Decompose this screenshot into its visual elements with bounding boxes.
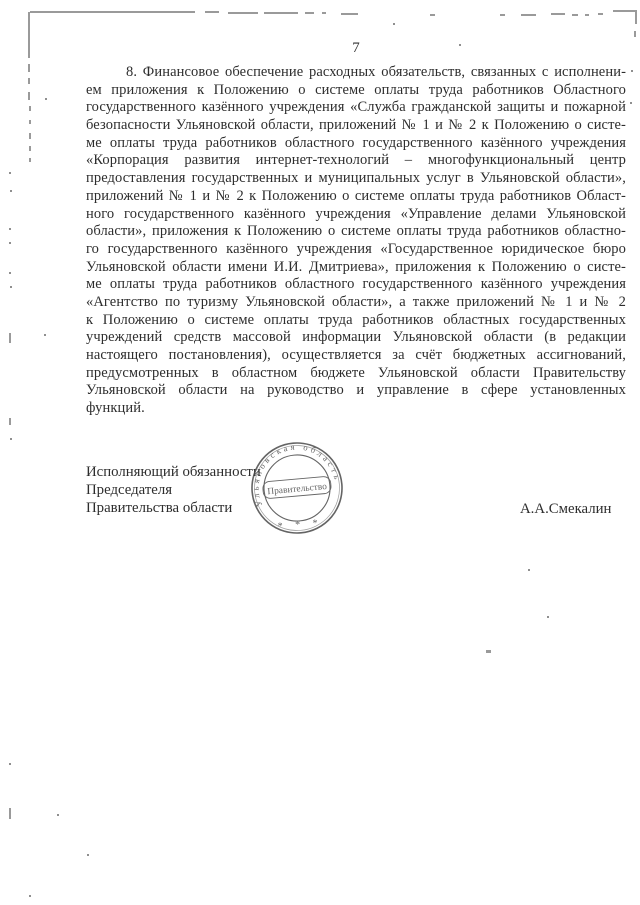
signatory-name: А.А.Смекалин <box>520 501 611 518</box>
scan-artifact <box>9 418 11 425</box>
scan-artifact <box>322 12 326 14</box>
paragraph-line: ем приложения к Положению о системе опла… <box>86 82 626 100</box>
scan-artifact <box>29 146 31 151</box>
scan-artifact <box>29 895 31 897</box>
paragraph-line: 8. Финансовое обеспечение расходных обяз… <box>86 64 626 82</box>
scan-artifact <box>28 64 30 72</box>
scan-artifact <box>634 31 636 37</box>
paragraph-line: «Агентство по туризму Ульяновской област… <box>86 294 626 312</box>
scan-artifact <box>29 120 31 124</box>
scan-artifact <box>9 808 11 819</box>
scan-artifact <box>551 13 565 15</box>
scan-artifact <box>459 44 461 46</box>
scan-artifact <box>44 334 46 336</box>
scan-artifact <box>29 106 31 111</box>
stamp-center-text: Правительство <box>267 482 328 497</box>
scan-artifact <box>10 190 12 192</box>
scan-artifact <box>228 12 258 14</box>
paragraph-line: учреждений средств массовой информации У… <box>86 329 626 347</box>
scan-artifact <box>29 158 31 162</box>
scan-artifact <box>28 12 30 58</box>
paragraph-line: области», приложения к Положению о систе… <box>86 223 626 241</box>
scan-artifact <box>28 92 30 100</box>
stamp-ring-text: Ульяновская область <box>247 438 345 509</box>
scan-artifact <box>9 242 11 244</box>
paragraph-line: безопасности Ульяновской области, прилож… <box>86 117 626 135</box>
scan-artifact <box>430 14 435 16</box>
paragraph-line: Ульяновской области на руководство и упр… <box>86 382 626 400</box>
scan-artifact <box>9 228 11 230</box>
scan-artifact <box>635 12 637 24</box>
body-paragraph: 8. Финансовое обеспечение расходных обяз… <box>86 64 626 418</box>
scan-artifact <box>29 133 31 139</box>
scan-artifact <box>9 272 11 274</box>
scan-artifact <box>10 286 12 288</box>
scan-artifact <box>585 14 589 16</box>
scan-artifact <box>528 569 530 571</box>
scan-artifact <box>393 23 395 25</box>
scan-artifact <box>205 11 219 13</box>
scan-artifact <box>57 814 59 816</box>
scanned-document-page: 7 8. Финансовое обеспечение расходных об… <box>0 0 640 905</box>
official-round-stamp: Ульяновская область Правительство * * * <box>229 420 366 557</box>
scan-artifact <box>264 12 298 14</box>
scan-artifact <box>572 14 578 16</box>
scan-artifact <box>30 11 195 13</box>
paragraph-line: ного государственного казённого учрежден… <box>86 206 626 224</box>
scan-artifact <box>305 12 314 14</box>
paragraph-line: ме оплаты труда работников областного го… <box>86 135 626 153</box>
stamp-bottom-marks: * * * <box>277 517 323 532</box>
paragraph-line: настоящего постановления), осуществляетс… <box>86 347 626 365</box>
paragraph-line: функций. <box>86 400 626 418</box>
scan-artifact <box>547 616 549 618</box>
paragraph-line: «Корпорация развития интернет-технологий… <box>86 152 626 170</box>
paragraph-line: ме оплаты труда работников областного го… <box>86 276 626 294</box>
scan-artifact <box>631 70 633 72</box>
scan-artifact <box>87 854 89 856</box>
paragraph-line: предоставления государственных и муницип… <box>86 170 626 188</box>
scan-artifact <box>10 438 12 440</box>
scan-artifact <box>521 14 536 16</box>
paragraph-line: приложений № 1 и № 2 к Положению о систе… <box>86 188 626 206</box>
stamp-seal-graphic: Ульяновская область Правительство * * * <box>229 420 366 557</box>
svg-text:Ульяновская область: Ульяновская область <box>247 438 345 509</box>
paragraph-line: Ульяновской области имени И.И. Дмитриева… <box>86 259 626 277</box>
scan-artifact <box>486 650 491 653</box>
page-number: 7 <box>336 40 376 57</box>
scan-artifact <box>9 172 11 174</box>
paragraph-line: государственного казённого учреждения «С… <box>86 99 626 117</box>
scan-artifact <box>341 13 358 15</box>
scan-artifact <box>9 763 11 765</box>
scan-artifact <box>9 333 11 343</box>
paragraph-line: к Положению о системе оплаты труда работ… <box>86 312 626 330</box>
scan-artifact <box>630 102 632 104</box>
scan-artifact <box>613 10 637 12</box>
scan-artifact <box>500 14 505 16</box>
scan-artifact <box>598 13 603 15</box>
scan-artifact <box>45 98 47 100</box>
paragraph-line: предусмотренных в областном бюджете Улья… <box>86 365 626 383</box>
scan-artifact <box>28 78 30 84</box>
paragraph-line: го государственного казённого учреждения… <box>86 241 626 259</box>
